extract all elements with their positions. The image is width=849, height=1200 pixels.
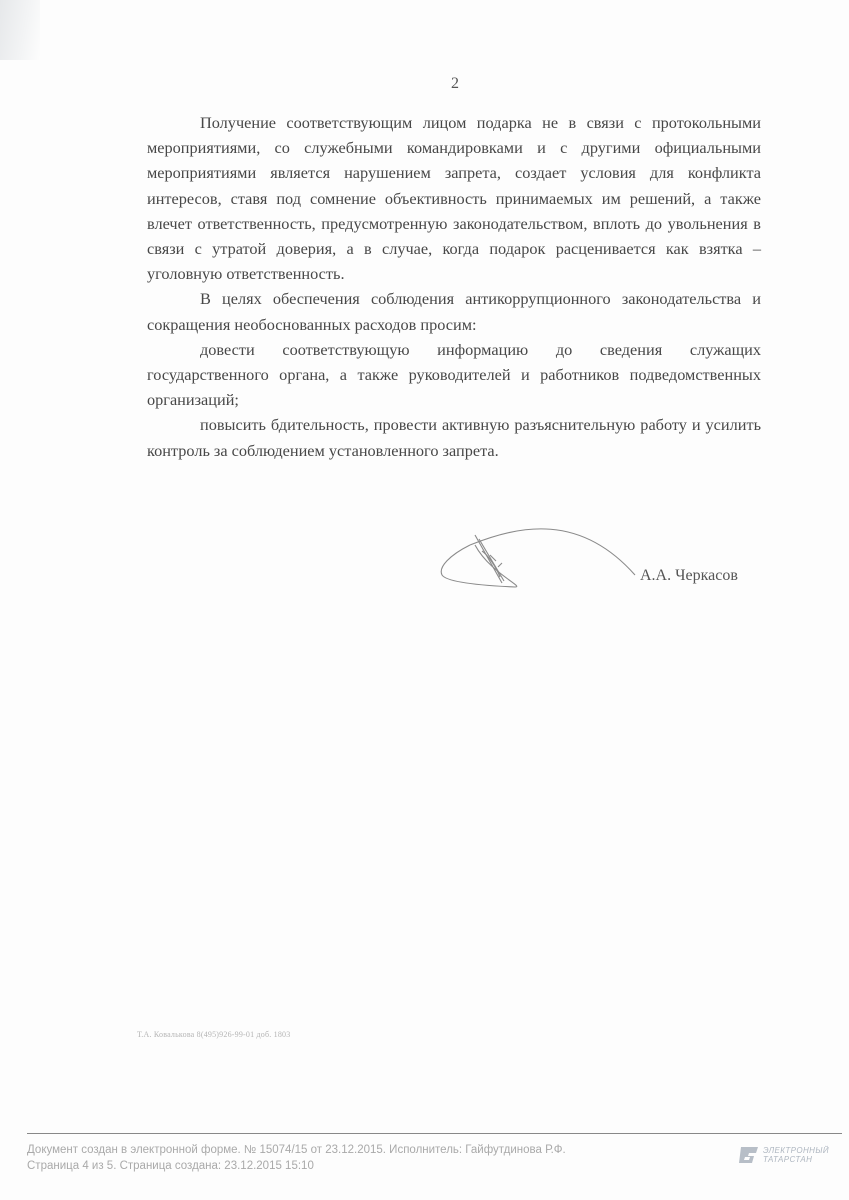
footer-page-info: Страница 4 из 5. Страница создана: 23.12… [27,1160,314,1172]
scan-edge-shadow [0,0,40,60]
page-number: 2 [0,75,849,93]
paragraph-purpose: В целях обеспечения соблюдения антикорру… [147,286,761,336]
signer-name: А.А. Черкасов [640,567,738,585]
handwritten-signature-icon [430,515,650,595]
footer-document-info: Документ создан в электронной форме. № 1… [27,1144,566,1156]
footer-divider [27,1133,842,1134]
electronic-tatarstan-logo: ЭЛЕКТРОННЫЙ ТАТАРСТАН [738,1142,848,1168]
executor-contact: Т.А. Ковалькова 8(495)926-99-01 доб. 180… [137,1030,290,1039]
logo-text: ЭЛЕКТРОННЫЙ ТАТАРСТАН [763,1146,829,1164]
tatarstan-logo-icon [738,1145,760,1165]
paragraph-request-inform: довести соответствующую информацию до св… [147,337,761,413]
letter-body: Получение соответствующим лицом подарка … [147,110,761,463]
paragraph-request-control: повысить бдительность, провести активную… [147,412,761,462]
paragraph-gift-violation: Получение соответствующим лицом подарка … [147,110,761,286]
